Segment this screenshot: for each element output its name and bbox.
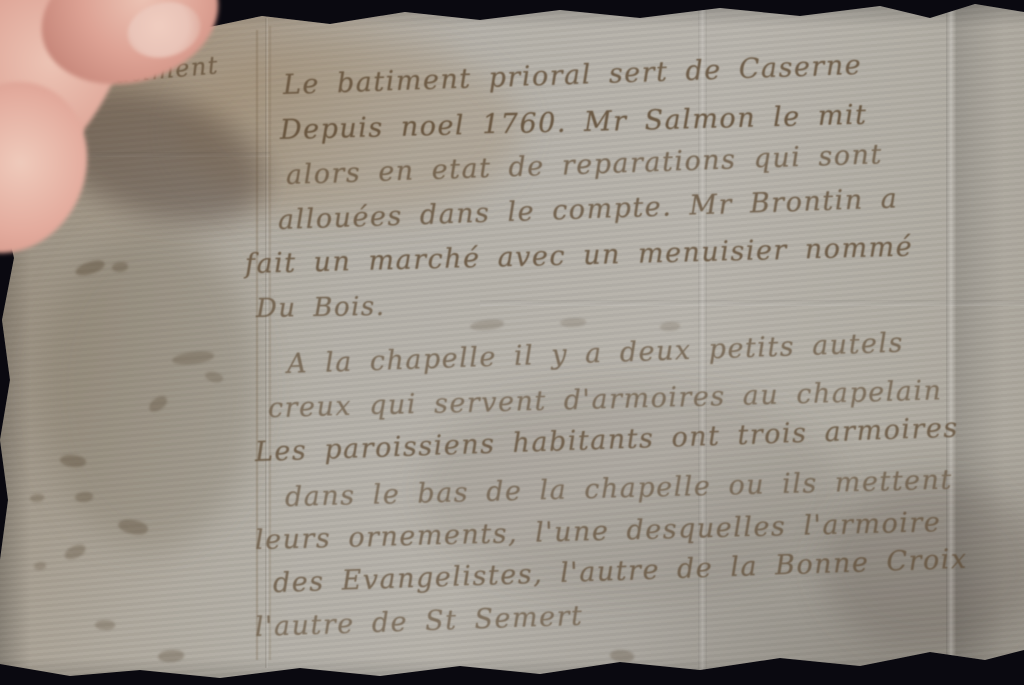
photo-of-manuscript: Batiment Le batiment prioral sert de Cas… — [0, 0, 1024, 685]
ink-spot — [63, 543, 88, 562]
hand — [0, 0, 300, 260]
ink-spot — [34, 562, 46, 570]
ink-spot — [660, 322, 680, 331]
paper-stain — [40, 230, 260, 550]
paper-fold-crease — [480, 300, 1024, 306]
ink-spot — [470, 319, 505, 331]
ink-spot — [158, 650, 184, 662]
manuscript-line: A la chapelle il y a deux petits autels — [286, 327, 904, 380]
ink-spot — [609, 648, 635, 664]
manuscript-line: l'autre de St Semert — [254, 601, 583, 643]
manuscript-line: Du Bois. — [256, 292, 386, 324]
ink-spot — [30, 494, 44, 502]
ink-spot — [560, 318, 586, 327]
manuscript-line: fait un marché avec un menuisier nommé — [245, 232, 914, 280]
ink-spot — [95, 619, 116, 631]
